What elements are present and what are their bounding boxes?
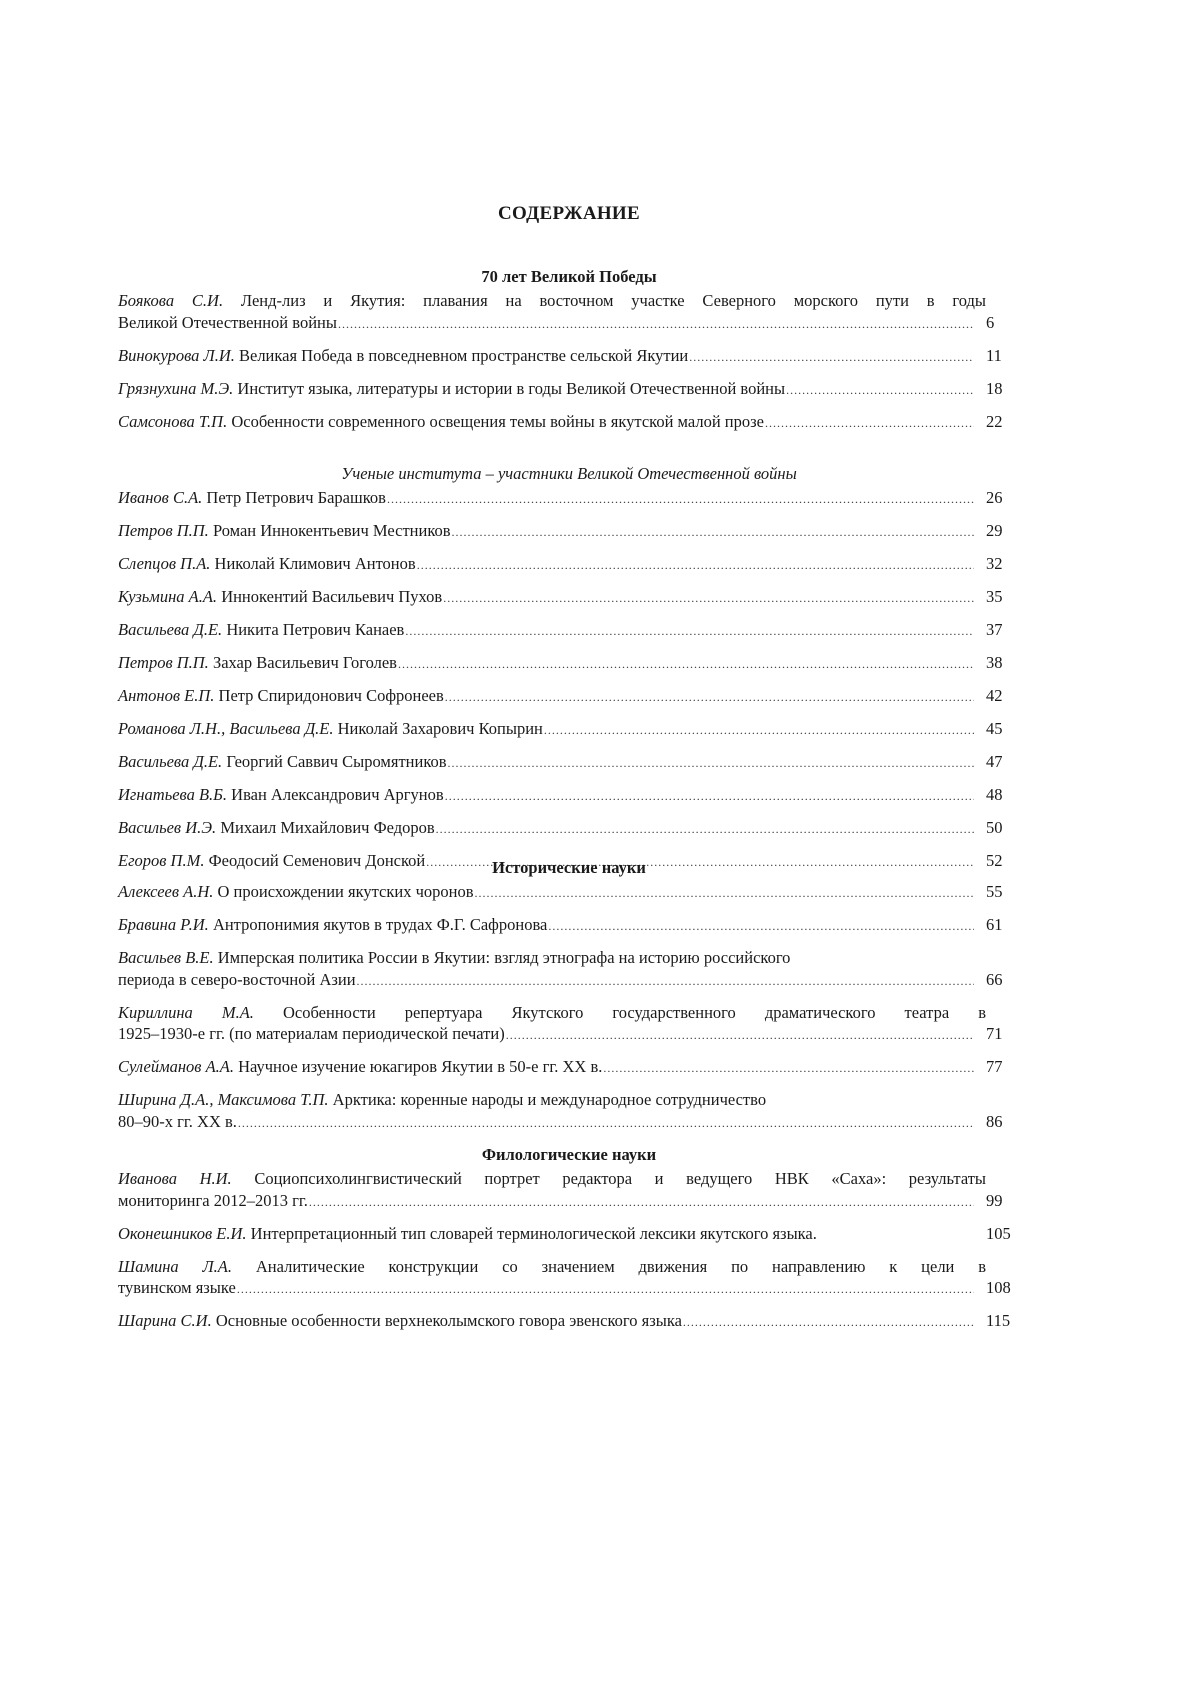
toc-section: Ученые института – участники Великой Оте… bbox=[118, 461, 1020, 883]
dot-leader bbox=[548, 916, 974, 938]
page-number: 66 bbox=[978, 969, 1020, 991]
toc-entry[interactable]: Васильева Д.Е. Георгий Саввич Сыромятник… bbox=[118, 751, 1020, 775]
toc-section: Филологические наукиИванова Н.И. Социопс… bbox=[118, 1142, 1020, 1343]
toc-entry[interactable]: Игнатьева В.Б. Иван Александрович Аргуно… bbox=[118, 784, 1020, 808]
entry-author: Иванова Н.И. bbox=[118, 1169, 232, 1188]
toc-entry[interactable]: Петров П.П. Роман Иннокентьевич Местнико… bbox=[118, 520, 1020, 544]
entry-author: Романова Л.Н., Васильева Д.Е. bbox=[118, 718, 334, 740]
section-heading: Ученые института – участники Великой Оте… bbox=[118, 461, 1020, 487]
entry-title-first-line: Социопсихолингвистический портрет редакт… bbox=[254, 1169, 986, 1188]
page-number: 35 bbox=[978, 586, 1020, 608]
entry-title: мониторинга 2012–2013 гг. bbox=[118, 1190, 308, 1212]
dot-leader bbox=[443, 588, 974, 610]
dot-leader bbox=[506, 1025, 974, 1047]
entry-title: 1925–1930-е гг. (по материалам периодиче… bbox=[118, 1023, 505, 1045]
page-number: 99 bbox=[978, 1190, 1020, 1212]
dot-leader bbox=[765, 413, 974, 435]
entry-author: Иванов С.А. bbox=[118, 487, 202, 509]
dot-leader bbox=[387, 489, 974, 511]
page-number: 48 bbox=[978, 784, 1020, 806]
entry-title: О происхождении якутских чоронов bbox=[218, 881, 474, 903]
entry-author: Грязнухина М.Э. bbox=[118, 378, 233, 400]
toc-entry[interactable]: Самсонова Т.П. Особенности современного … bbox=[118, 411, 1020, 435]
entry-title: Петр Спиридонович Софронеев bbox=[219, 685, 444, 707]
page-number: 55 bbox=[978, 881, 1020, 903]
entry-author: Шарина С.И. bbox=[118, 1310, 212, 1332]
toc-entry[interactable]: Бравина Р.И. Антропонимия якутов в труда… bbox=[118, 914, 1020, 938]
page-number: 32 bbox=[978, 553, 1020, 575]
entry-author: Васильева Д.Е. bbox=[118, 619, 222, 641]
dot-leader bbox=[309, 1192, 974, 1214]
page-number: 26 bbox=[978, 487, 1020, 509]
entry-author: Самсонова Т.П. bbox=[118, 411, 227, 433]
entry-title: Михаил Михайлович Федоров bbox=[220, 817, 434, 839]
entry-title: Особенности современного освещения темы … bbox=[231, 411, 764, 433]
dot-leader bbox=[786, 380, 974, 402]
toc-entry[interactable]: Иванов С.А. Петр Петрович Барашков26 bbox=[118, 487, 1020, 511]
toc-entry[interactable]: Иванова Н.И. Социопсихолингвистический п… bbox=[118, 1168, 1020, 1213]
entry-author: Алексеев А.Н. bbox=[118, 881, 213, 903]
entry-title: 80–90-х гг. XX в. bbox=[118, 1111, 237, 1133]
toc-entry[interactable]: Боякова С.И. Ленд-лиз и Якутия: плавания… bbox=[118, 290, 1020, 335]
entry-author: Боякова С.И. bbox=[118, 291, 223, 310]
page-number: 38 bbox=[978, 652, 1020, 674]
dot-leader bbox=[238, 1113, 974, 1135]
entry-title: Великая Победа в повседневном пространст… bbox=[239, 345, 688, 367]
toc-entry[interactable]: Петров П.П. Захар Васильевич Гоголев38 bbox=[118, 652, 1020, 676]
entry-title: Иван Александрович Аргунов bbox=[231, 784, 444, 806]
entry-title: Великой Отечественной войны bbox=[118, 312, 337, 334]
dot-leader bbox=[417, 555, 974, 577]
page-number: 115 bbox=[978, 1310, 1020, 1332]
entry-author: Бравина Р.И. bbox=[118, 914, 209, 936]
entry-title-first-line: Имперская политика России в Якутии: взгл… bbox=[218, 948, 791, 967]
entry-author: Васильева Д.Е. bbox=[118, 751, 222, 773]
toc-entry[interactable]: Кузьмина А.А. Иннокентий Васильевич Пухо… bbox=[118, 586, 1020, 610]
entry-author: Игнатьева В.Б. bbox=[118, 784, 227, 806]
entry-title: Основные особенности верхнеколымского го… bbox=[216, 1310, 682, 1332]
dot-leader bbox=[338, 314, 974, 336]
entry-title: Роман Иннокентьевич Местников bbox=[213, 520, 451, 542]
dot-leader bbox=[475, 883, 974, 905]
page-number: 18 bbox=[978, 378, 1020, 400]
page-number: 22 bbox=[978, 411, 1020, 433]
toc-entry[interactable]: Грязнухина М.Э. Институт языка, литерату… bbox=[118, 378, 1020, 402]
entry-author: Кузьмина А.А. bbox=[118, 586, 217, 608]
page-title: СОДЕРЖАНИЕ bbox=[118, 203, 1020, 225]
toc-entry[interactable]: Шамина Л.А. Аналитические конструкции со… bbox=[118, 1256, 1020, 1301]
entry-author: Васильев И.Э. bbox=[118, 817, 216, 839]
page-number: 29 bbox=[978, 520, 1020, 542]
toc-entry[interactable]: Антонов Е.П. Петр Спиридонович Софронеев… bbox=[118, 685, 1020, 709]
entry-author: Шамина Л.А. bbox=[118, 1257, 232, 1276]
toc-entry[interactable]: Васильев И.Э. Михаил Михайлович Федоров5… bbox=[118, 817, 1020, 841]
entry-author: Сулейманов А.А. bbox=[118, 1056, 234, 1078]
entry-title: Николай Захарович Копырин bbox=[338, 718, 543, 740]
dot-leader bbox=[683, 1312, 974, 1334]
page-number: 11 bbox=[978, 345, 1020, 367]
toc-entry[interactable]: Слепцов П.А. Николай Климович Антонов32 bbox=[118, 553, 1020, 577]
entry-title: Научное изучение юкагиров Якутии в 50-е … bbox=[238, 1056, 602, 1078]
page-number: 50 bbox=[978, 817, 1020, 839]
page-number: 45 bbox=[978, 718, 1020, 740]
dot-leader bbox=[544, 720, 974, 742]
dot-leader bbox=[398, 654, 974, 676]
dot-leader bbox=[452, 522, 974, 544]
toc-entry[interactable]: Сулейманов А.А. Научное изучение юкагиро… bbox=[118, 1056, 1020, 1080]
dot-leader bbox=[445, 687, 974, 709]
toc-section: 70 лет Великой ПобедыБоякова С.И. Ленд-л… bbox=[118, 264, 1020, 444]
entry-author: Петров П.П. bbox=[118, 520, 209, 542]
dot-leader bbox=[436, 819, 974, 841]
page-number: 6 bbox=[978, 312, 1020, 334]
toc-entry[interactable]: Ширина Д.А., Максимова Т.П. Арктика: кор… bbox=[118, 1089, 1020, 1134]
page-number: 47 bbox=[978, 751, 1020, 773]
entry-author: Кириллина М.А. bbox=[118, 1003, 254, 1022]
toc-entry[interactable]: Васильева Д.Е. Никита Петрович Канаев37 bbox=[118, 619, 1020, 643]
toc-entry[interactable]: Алексеев А.Н. О происхождении якутских ч… bbox=[118, 881, 1020, 905]
entry-author: Слепцов П.А. bbox=[118, 553, 210, 575]
dot-leader bbox=[689, 347, 974, 369]
dot-leader bbox=[357, 971, 974, 993]
entry-author: Антонов Е.П. bbox=[118, 685, 214, 707]
page-number: 86 bbox=[978, 1111, 1020, 1133]
entry-title: периода в северо-восточной Азии bbox=[118, 969, 356, 991]
entry-title: Институт языка, литературы и истории в г… bbox=[237, 378, 785, 400]
toc-section: Исторические наукиАлексеев А.Н. О происх… bbox=[118, 855, 1020, 1144]
entry-author: Оконешников Е.И. bbox=[118, 1223, 247, 1245]
toc-entry[interactable]: Оконешников Е.И. Интерпретационный тип с… bbox=[118, 1223, 1020, 1247]
entry-title: Интерпретационный тип словарей терминоло… bbox=[251, 1223, 817, 1245]
toc-entry[interactable]: Кириллина М.А. Особенности репертуара Як… bbox=[118, 1002, 1020, 1047]
entry-title-first-line: Арктика: коренные народы и международное… bbox=[333, 1090, 766, 1109]
entry-title-first-line: Аналитические конструкции со значением д… bbox=[256, 1257, 986, 1276]
entry-title: Антропонимия якутов в трудах Ф.Г. Сафрон… bbox=[213, 914, 547, 936]
entry-author: Ширина Д.А., Максимова Т.П. bbox=[118, 1090, 329, 1109]
entry-author: Васильев В.Е. bbox=[118, 948, 214, 967]
entry-title-first-line: Особенности репертуара Якутского государ… bbox=[283, 1003, 986, 1022]
dot-leader bbox=[237, 1279, 974, 1301]
entry-title: Иннокентий Васильевич Пухов bbox=[221, 586, 442, 608]
section-heading: 70 лет Великой Победы bbox=[118, 264, 1020, 290]
dot-leader bbox=[448, 753, 974, 775]
section-heading: Исторические науки bbox=[118, 855, 1020, 881]
entry-title: Захар Васильевич Гоголев bbox=[213, 652, 397, 674]
entry-title: Никита Петрович Канаев bbox=[226, 619, 404, 641]
section-heading: Филологические науки bbox=[118, 1142, 1020, 1168]
entry-author: Петров П.П. bbox=[118, 652, 209, 674]
entry-author: Винокурова Л.И. bbox=[118, 345, 235, 367]
dot-leader bbox=[603, 1058, 974, 1080]
entry-title: Георгий Саввич Сыромятников bbox=[226, 751, 446, 773]
entry-title: Николай Климович Антонов bbox=[215, 553, 416, 575]
entry-title: тувинском языке bbox=[118, 1277, 236, 1299]
page-number: 42 bbox=[978, 685, 1020, 707]
page-number: 71 bbox=[978, 1023, 1020, 1045]
toc-entry[interactable]: Васильев В.Е. Имперская политика России … bbox=[118, 947, 1020, 992]
page-number: 61 bbox=[978, 914, 1020, 936]
page-number: 108 bbox=[978, 1277, 1020, 1299]
dot-leader bbox=[445, 786, 974, 808]
toc-entry[interactable]: Шарина С.И. Основные особенности верхнек… bbox=[118, 1310, 1020, 1334]
page-number: 77 bbox=[978, 1056, 1020, 1078]
entry-title-first-line: Ленд-лиз и Якутия: плавания на восточном… bbox=[241, 291, 986, 310]
toc-entry[interactable]: Винокурова Л.И. Великая Победа в повседн… bbox=[118, 345, 1020, 369]
toc-entry[interactable]: Романова Л.Н., Васильева Д.Е. Николай За… bbox=[118, 718, 1020, 742]
entry-title: Петр Петрович Барашков bbox=[206, 487, 386, 509]
page-number: 37 bbox=[978, 619, 1020, 641]
page-number: 105 bbox=[978, 1223, 1020, 1245]
dot-leader bbox=[405, 621, 974, 643]
